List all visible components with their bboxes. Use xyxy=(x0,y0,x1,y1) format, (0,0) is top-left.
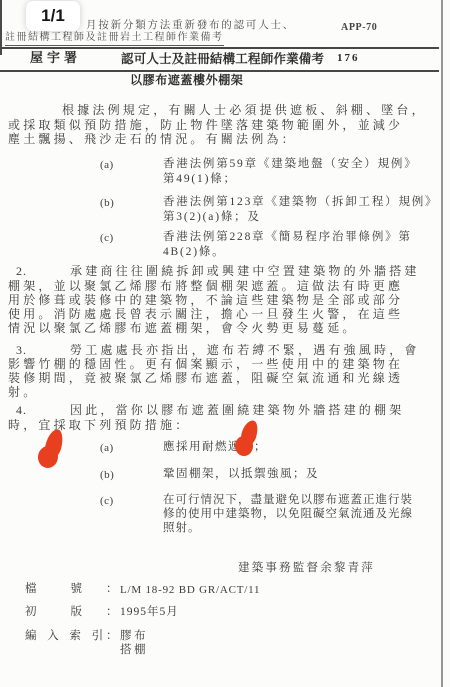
list-item-line: 鞏固棚架，以抵禦強風；及 xyxy=(163,468,319,481)
text-line: 影響竹棚的穩固性。更有個案顯示，一些使用中的建築物在 xyxy=(8,358,403,372)
meta-value: 搭棚 xyxy=(120,644,148,657)
list-item-label: (b) xyxy=(100,197,114,210)
text-line: 裝修期間，竟被聚氯乙烯膠布遮蓋，阻礙空氣流通和光線透 xyxy=(8,372,403,386)
scan-border-right xyxy=(441,0,443,687)
text-line: 射。 xyxy=(8,386,38,400)
list-item-line: 在可行情況下，盡量避免以膠布遮蓋正進行裝 xyxy=(163,494,413,507)
list-item-label: (b) xyxy=(100,469,114,482)
text-line: 情況以聚氯乙烯膠布遮蓋棚架，會令火勢更易蔓延。 xyxy=(8,322,358,336)
list-item-line: 第49(1)條； xyxy=(163,173,237,186)
meta-colon: ： xyxy=(106,583,118,596)
header-rule-top xyxy=(0,47,439,49)
meta-value: 膠布 xyxy=(120,630,148,643)
meta-value: L/M 18-92 BD GR/ACT/11 xyxy=(120,584,260,597)
text-line: 承建商往往圍繞拆卸或興建中空置建築物的外牆搭建 xyxy=(70,265,420,279)
meta-label: 初版 xyxy=(25,606,116,619)
red-marker-stroke-right xyxy=(234,420,260,458)
meta-label: 檔號 xyxy=(25,583,116,596)
meta-value: 1995年5月 xyxy=(120,606,179,619)
paragraph-number: 3. xyxy=(16,344,27,358)
meta-label: 編入索引 xyxy=(25,630,114,643)
text-line: 塵土飄揚、飛沙走石的情況。有關法例為： xyxy=(8,133,297,147)
paragraph-number: 2. xyxy=(16,265,27,279)
header-note-line-2: 註冊結構工程師及註冊岩土工程師作業備考 xyxy=(5,32,224,46)
list-item-line: 第3(2)(a)條；及 xyxy=(163,211,261,224)
scanned-document-page: 月按新分類方法重新發布的認可人士、 APP-70 註冊結構工程師及註冊岩土工程師… xyxy=(0,0,450,687)
red-marker-stroke-left xyxy=(38,429,66,471)
page-indicator-badge[interactable]: 1/1 xyxy=(26,1,80,31)
doc-title: 以膠布遮蓋樓外棚架 xyxy=(130,74,243,88)
doc-code: APP-70 xyxy=(341,22,377,34)
list-item-line: 照射。 xyxy=(163,522,201,535)
paragraph-number: 4. xyxy=(16,404,27,418)
list-item-label: (c) xyxy=(100,495,114,508)
list-item-line: 修的使用中建築物，以免阻礙空氣流通及光線 xyxy=(163,508,413,521)
list-item-line: 香港法例第228章《簡易程序治罪條例》第 xyxy=(163,231,412,244)
header-note-line-1: 月按新分類方法重新發布的認可人士、 xyxy=(86,20,295,32)
page-number: 176 xyxy=(337,52,360,65)
text-line: 或採取類似預防措施，防止物件墜落建築物範圍外，並減少 xyxy=(8,119,403,133)
text-line: 勞工處處長亦指出，遮布若縛不緊，遇有強風時，會 xyxy=(70,344,420,358)
text-line: 用於修葺或裝修中的建築物，不論這些建築物是全部或部分 xyxy=(8,294,403,308)
text-line: 根據法例規定，有關人士必須提供遮板、斜棚、墜台， xyxy=(62,104,427,118)
list-item-line: 香港法例第123章《建築物（拆卸工程）規例》 xyxy=(163,196,438,209)
list-item-label: (a) xyxy=(100,159,114,172)
text-line: 使用。消防處處長曾表示關注，擔心一旦發生火警，在這些 xyxy=(8,308,403,322)
text-line: 棚架，並以聚氯乙烯膠布將整個棚架遮蓋。這做法有時更應 xyxy=(8,280,403,294)
list-item-line: 4B(2)條。 xyxy=(163,246,225,259)
text-line: 因此，當你以膠布遮蓋圍繞建築物外牆搭建的棚架 xyxy=(70,404,404,418)
text-line: 時，宜採取下列預防措施： xyxy=(8,419,190,433)
meta-colon: ： xyxy=(106,630,118,643)
department-name: 屋宇署 xyxy=(30,51,81,66)
header-rule-bottom xyxy=(0,70,439,72)
list-item-label: (c) xyxy=(100,232,114,245)
list-item-line: 香港法例第59章《建築地盤（安全）規例》 xyxy=(163,158,418,171)
series-title: 認可人士及註冊結構工程師作業備考 xyxy=(121,52,324,66)
signature-line: 建築事務監督余黎青萍 xyxy=(238,562,375,575)
list-item-label: (a) xyxy=(100,442,114,455)
meta-colon: ： xyxy=(106,606,118,619)
